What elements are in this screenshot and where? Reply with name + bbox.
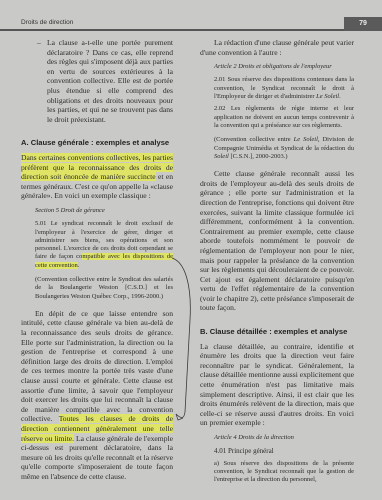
clause-201: 2.01 Sous réserve des dispositions conte…	[214, 76, 354, 101]
bullet-text: La clause a-t-elle une portée purement d…	[47, 38, 173, 124]
source-text: [C.S.N.], 2000-2003.)	[229, 153, 288, 160]
clause-text-end: .	[339, 93, 341, 100]
analysis-text: En dépit de ce que laisse entendre son i…	[21, 309, 173, 424]
example-clause-3: Article 4 Droits de la direction 4.01 Pr…	[214, 434, 354, 484]
article-title: Section 5 Droit de gérance	[35, 207, 173, 215]
clause-text-end: .	[78, 262, 80, 269]
subsection-title: 4.01 Principe général	[214, 447, 354, 455]
section-a-heading: A. Clause générale : exemples et analyse	[21, 138, 173, 148]
page-number: 79	[344, 17, 382, 31]
highlighted-text: Dans certaines conventions collectives, …	[21, 153, 173, 181]
dash-bullet: –	[37, 38, 47, 124]
clause-202: 2.02 Les règlements de régie interne et …	[214, 105, 354, 130]
source-citation: (Convention collective entre Le Soleil, …	[214, 136, 354, 161]
section-a-intro: Dans certaines conventions collectives, …	[21, 153, 173, 201]
bullet-item: – La clause a-t-elle une portée purement…	[37, 38, 173, 124]
left-column: – La clause a-t-elle une portée purement…	[21, 38, 173, 482]
article-title: Article 4 Droits de la direction	[214, 434, 354, 442]
right-intro: La rédaction d'une clause générale peut …	[200, 38, 354, 57]
example-clause-1: Section 5 Droit de gérance 5.01 Le syndi…	[35, 207, 173, 270]
clause-501: 5.01 Le syndicat reconnaît le droit excl…	[35, 220, 173, 270]
italic-name: Le Soleil	[294, 136, 318, 143]
analysis-paragraph: En dépit de ce que laisse entendre son i…	[21, 309, 173, 482]
section-b-heading: B. Clause détaillée : exemples et analys…	[200, 327, 354, 337]
page-header: Droits de direction 79	[0, 17, 382, 30]
analysis-paragraph: Cette clause générale reconnaît aussi le…	[200, 169, 354, 313]
section-b-text: La clause détaillée, au contraire, ident…	[200, 342, 354, 428]
italic-name: Le Soleil	[316, 93, 339, 100]
clause-item-a: a) Sous réserve des dispositions de la p…	[214, 460, 354, 485]
example-clause-2: Article 2 Droits et obligations de l'emp…	[214, 63, 354, 130]
source-text: (Convention collective entre	[214, 136, 294, 143]
italic-name: Soleil	[214, 153, 229, 160]
running-title: Droits de direction	[21, 19, 73, 26]
source-citation: (Convention collective entre le Syndicat…	[35, 276, 173, 301]
header-rule	[0, 29, 344, 31]
article-title: Article 2 Droits et obligations de l'emp…	[214, 63, 354, 71]
right-column: La rédaction d'une clause générale peut …	[200, 38, 354, 490]
